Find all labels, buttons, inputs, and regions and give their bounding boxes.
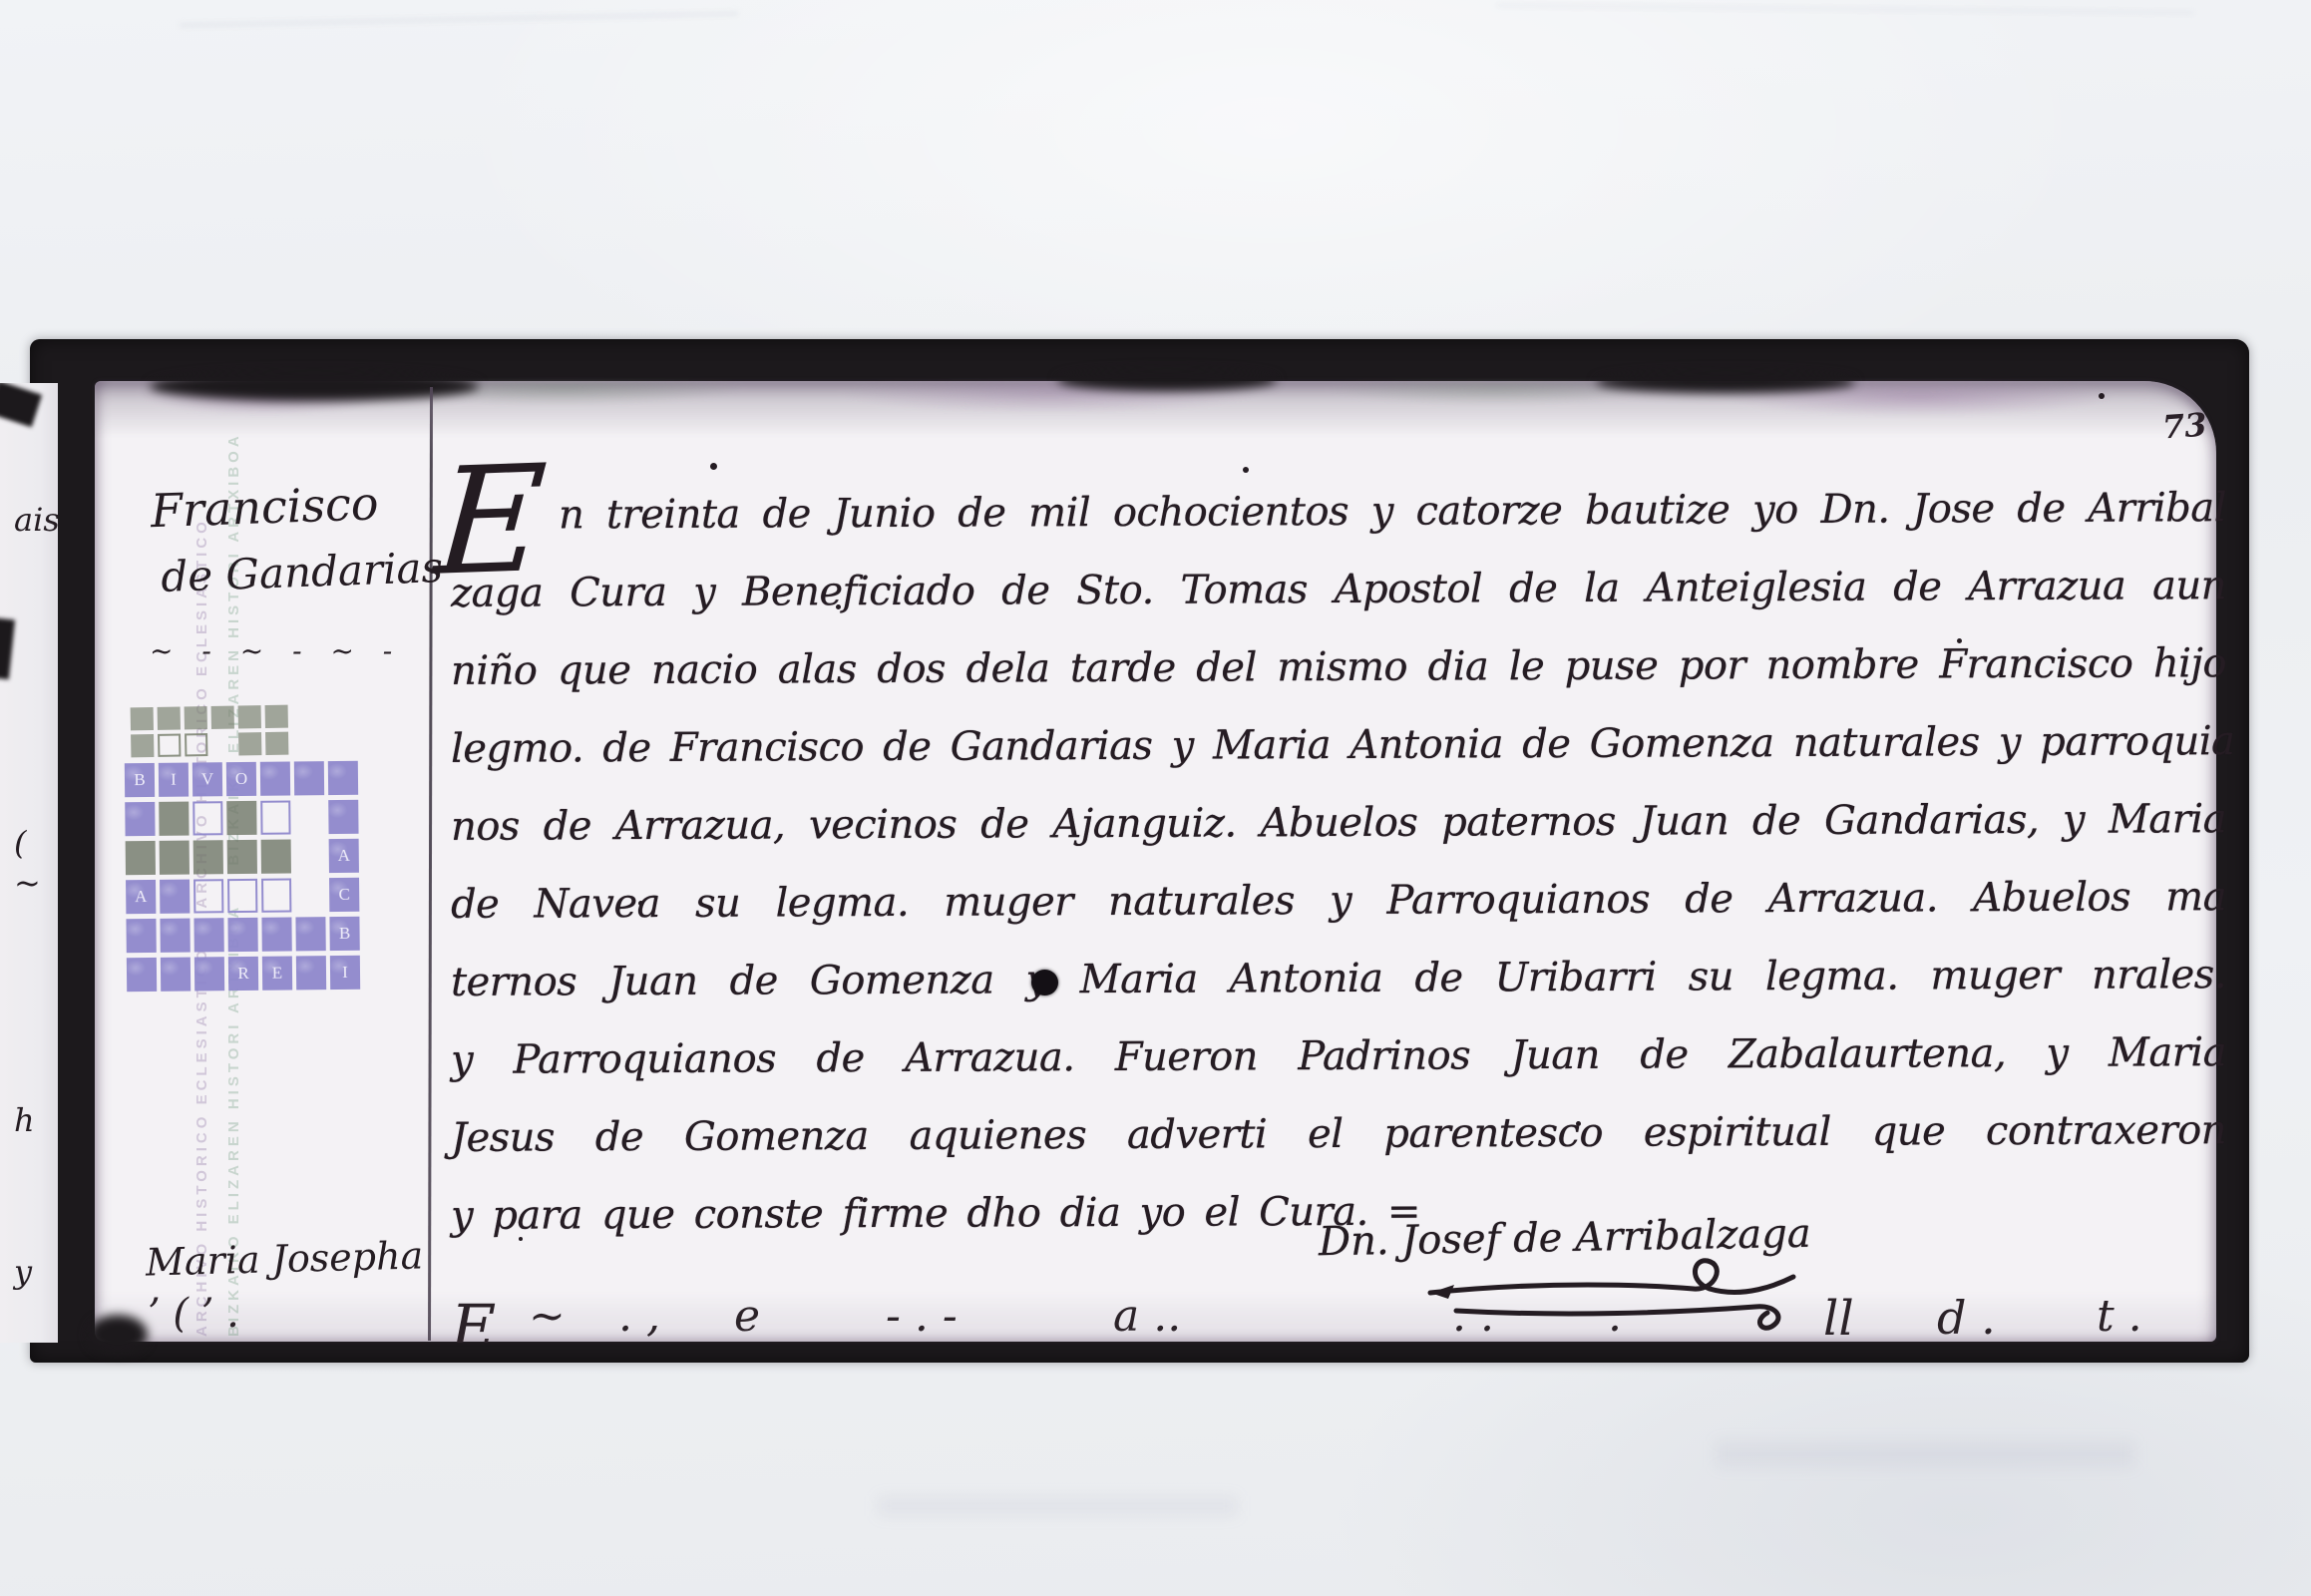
scanner-crease (1496, 4, 2194, 13)
stamp-cell: B (329, 917, 359, 951)
stamp-cell (127, 958, 157, 992)
record-line: de Navea su legma. muger naturales y Par… (451, 858, 2226, 944)
stamp-cell (193, 840, 223, 874)
stamp-cell: I (330, 956, 360, 990)
cut-line-fragment: ~ (529, 1291, 566, 1342)
stamp-cell (160, 880, 190, 914)
margin-next-entry-name: Maria Josepha (145, 1233, 423, 1284)
stamp-cell (211, 706, 234, 729)
bleed-through-ghost (878, 1496, 1237, 1516)
sliver-fragment: ~ (14, 864, 41, 902)
margin-entry-name-line2: de Gandarias (152, 538, 453, 607)
ink-speck (1957, 638, 1962, 643)
stamp-cell (227, 879, 257, 913)
stamp-cell (126, 841, 156, 875)
stamp-cell: I (159, 763, 189, 797)
record-line: legmo. de Francisco de Gandarias y Maria… (451, 702, 2226, 788)
record-line: nos de Arrazua, vecinos de Ajanguiz. Abu… (451, 780, 2226, 866)
stamp-cell (185, 706, 207, 729)
record-line: ternos Juan de Gomenza y Maria Antonia d… (451, 936, 2226, 1021)
cut-line-fragment: E (451, 1291, 496, 1343)
ink-speck (2099, 393, 2105, 399)
stamp-cell: C (329, 878, 359, 912)
record-line: n treinta de Junio de mil ochocientos y … (451, 469, 2226, 555)
stamp-cell (328, 800, 358, 834)
stamp-cell (261, 917, 291, 951)
scan-artifact (0, 383, 42, 427)
stamp-cell: V (193, 762, 222, 796)
cut-line-fragment: ll (1823, 1291, 1854, 1343)
stamp-cell (226, 801, 256, 835)
stamp-cell (158, 707, 181, 730)
stamp-cell (295, 917, 325, 951)
record-line: niño que nacio alas dos dela tarde del m… (451, 624, 2226, 710)
scan-edge-blob (1057, 369, 1277, 391)
stamp-cell: R (228, 957, 258, 991)
stamp-cell (294, 761, 324, 795)
cut-line-fragment: a .. (1113, 1291, 1181, 1342)
stamp-cell (131, 707, 154, 730)
stamp-cell: E (262, 956, 292, 990)
cut-line-fragment: ’ ( ’ . (148, 1291, 239, 1337)
stamp-cell (261, 839, 291, 873)
stamp-cell (328, 761, 358, 795)
stamp-cell (185, 733, 207, 756)
cut-line-fragment: . , (618, 1291, 660, 1342)
stamp-cell: B (125, 763, 155, 797)
record-line: y Parroquianos de Arrazua. Fueron Padrin… (451, 1013, 2226, 1099)
stamp-cell (159, 802, 189, 836)
stamp-cell (158, 734, 181, 757)
page-number: 73 (2161, 405, 2208, 446)
record-line: zaga Cura y Beneficiado de Sto. Tomas Ap… (451, 547, 2226, 632)
stamp-cell (131, 734, 154, 757)
stamp-cell (260, 800, 290, 834)
margin-underline-dashes: ~ - ~ - ~ - (150, 634, 439, 667)
ink-speck (519, 1237, 523, 1241)
stamp-cell: A (329, 839, 359, 873)
sliver-fragment: y (14, 1253, 32, 1291)
stamp-cell (194, 957, 224, 991)
scanner-crease (180, 12, 738, 27)
record-line: Jesus de Gomenza aquienes adverti el par… (451, 1091, 2226, 1177)
stamp-cell (265, 732, 288, 755)
bleed-through-ghost (1716, 1441, 2134, 1467)
next-record-cut-line: ’ ( ’ .E~. ,e- . -a ... ..lld .t . (60, 1289, 2214, 1343)
margin-entry-name-line1: Francisco (150, 464, 451, 548)
ink-blot (1031, 970, 1058, 996)
scan-artifact (0, 617, 15, 679)
stamp-cell (238, 705, 261, 728)
scan-edge-blob (1596, 371, 1855, 393)
stamp-cell (296, 956, 326, 990)
facing-page-sliver: ais(~hy (0, 383, 58, 1343)
archive-stamp-purple-grid: BIVOAACBREI (125, 761, 360, 992)
ink-speck (1576, 1121, 1581, 1126)
ink-speck (836, 604, 841, 609)
sliver-fragment: ( (14, 824, 26, 862)
scanned-baptism-record: { "page_number": "73", "margin": { "entr… (0, 0, 2311, 1596)
ink-speck (638, 901, 643, 906)
stamp-cell (126, 919, 156, 953)
ink-speck (710, 463, 717, 470)
stamp-cell (193, 918, 223, 952)
stamp-cell (125, 802, 155, 836)
stamp-cell (227, 918, 257, 952)
stamp-cell (160, 919, 190, 953)
cut-line-fragment: t . (2097, 1291, 2142, 1342)
cut-line-fragment: e (734, 1291, 760, 1342)
record-text: n treinta de Junio de mil ochocientos y … (451, 473, 2226, 1251)
stamp-cell (260, 761, 290, 795)
sliver-fragment: ais (14, 501, 58, 539)
record-big-initial: E (432, 445, 551, 597)
stamp-cell (161, 958, 191, 992)
cut-line-fragment: d . (1937, 1291, 1996, 1343)
ink-speck (1243, 467, 1249, 473)
cut-line-fragment: - . - (886, 1291, 958, 1342)
stamp-cell (261, 878, 291, 912)
margin-entry-name: Francisco de Gandarias (150, 464, 453, 607)
stamp-cell (160, 841, 190, 875)
sliver-fragment: h (14, 1101, 35, 1139)
archive-stamp-gray-grid (131, 705, 289, 758)
stamp-cell (265, 705, 288, 728)
stamp-cell: A (126, 880, 156, 914)
stamp-cell (227, 840, 257, 874)
stamp-cell: O (226, 762, 256, 796)
stamp-cell (238, 732, 261, 755)
stamp-cell (193, 801, 222, 835)
signature-rubric (1426, 1255, 1815, 1341)
stamp-cell (193, 879, 223, 913)
